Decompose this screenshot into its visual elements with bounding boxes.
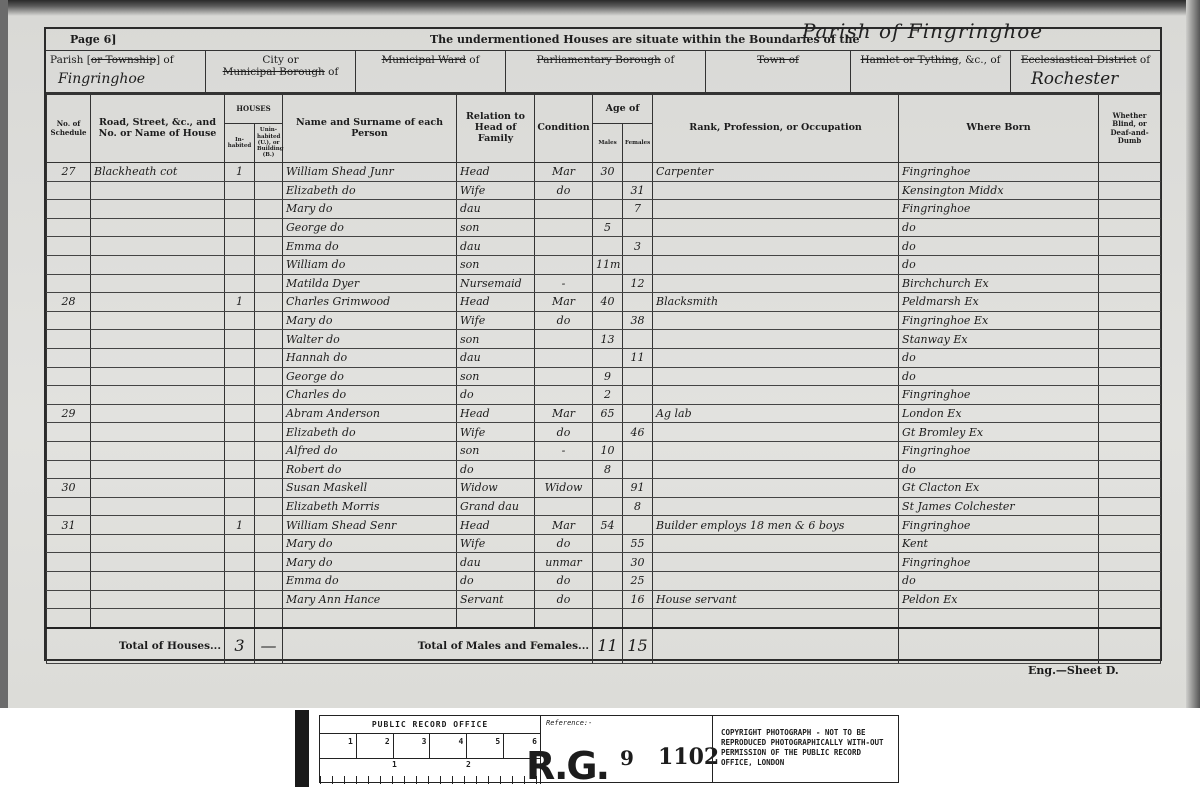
uninhabited-count: [255, 311, 283, 330]
record-office-stamp: PUBLIC RECORD OFFICE 1 2 3 4 5 6 1 2 Ref…: [295, 710, 905, 787]
blind-deaf: [1099, 274, 1161, 293]
female-age: [623, 255, 653, 274]
table-row: 30Susan MaskellWidowWidow91Gt Clacton Ex: [47, 479, 1161, 498]
uninhabited-count: [255, 163, 283, 182]
male-age: [593, 423, 623, 442]
uninhabited-count: [255, 572, 283, 591]
uninhabited-count: [255, 218, 283, 237]
blind-deaf: [1099, 590, 1161, 609]
blind-deaf: [1099, 516, 1161, 535]
total-persons-label: Total of Males and Females...: [283, 628, 593, 664]
table-row: Alfred doson-10Fingringhoe: [47, 441, 1161, 460]
relation: Wife: [457, 311, 535, 330]
area-hamlet: Hamlet or Tything, &c., of: [851, 51, 1011, 92]
table-row: 311William Shead SenrHeadMar54Builder em…: [47, 516, 1161, 535]
female-age: [623, 330, 653, 349]
schedule-number: [47, 237, 91, 256]
person-name: Mary do: [283, 534, 457, 553]
birthplace: St James Colchester: [899, 497, 1099, 516]
birthplace: do: [899, 348, 1099, 367]
table-row: Elizabeth doWifedo46Gt Bromley Ex: [47, 423, 1161, 442]
occupation: [653, 348, 899, 367]
schedule-number: [47, 330, 91, 349]
road-name: [91, 293, 225, 312]
blind-deaf: [1099, 479, 1161, 498]
schedule-number: 30: [47, 479, 91, 498]
schedule-number: [47, 572, 91, 591]
male-age: 9: [593, 367, 623, 386]
inhabited-count: [225, 460, 255, 479]
inhabited-count: 1: [225, 293, 255, 312]
uninhabited-count: [255, 497, 283, 516]
male-age: 40: [593, 293, 623, 312]
female-age: 55: [623, 534, 653, 553]
reference-folio: 1102: [658, 744, 719, 770]
uninhabited-count: [255, 516, 283, 535]
table-row: Mary dodau7Fingringhoe: [47, 200, 1161, 219]
scan-edge-left: [0, 0, 8, 708]
copyright-notice: COPYRIGHT PHOTOGRAPH - NOT TO BE REPRODU…: [712, 716, 900, 782]
person-name: Charles do: [283, 386, 457, 405]
birthplace: do: [899, 572, 1099, 591]
relation: Head: [457, 293, 535, 312]
area-parish: Parish [or Township] of Fingringhoe: [46, 51, 206, 92]
uninhabited-count: [255, 441, 283, 460]
col-occupation: Rank, Profession, or Occupation: [653, 95, 899, 163]
female-age: 46: [623, 423, 653, 442]
relation: dau: [457, 237, 535, 256]
total-females: 15: [623, 628, 653, 664]
condition: Widow: [535, 479, 593, 498]
col-name: Name and Surname of each Person: [283, 95, 457, 163]
relation: Head: [457, 404, 535, 423]
reference-class: R.G.: [526, 744, 608, 787]
occupation: [653, 479, 899, 498]
occupation: [653, 553, 899, 572]
female-age: 3: [623, 237, 653, 256]
person-name: William do: [283, 255, 457, 274]
occupation: [653, 386, 899, 405]
male-age: [593, 479, 623, 498]
road-name: [91, 348, 225, 367]
road-name: [91, 255, 225, 274]
person-name: Walter do: [283, 330, 457, 349]
area-municipal-ward: Municipal Ward of: [356, 51, 506, 92]
occupation: Builder employs 18 men & 6 boys: [653, 516, 899, 535]
inhabited-count: [225, 609, 255, 628]
schedule-number: [47, 423, 91, 442]
col-age: Age of: [593, 95, 653, 124]
condition: unmar: [535, 553, 593, 572]
boundary-value: Parish of Fingringhoe: [802, 19, 1043, 43]
blind-deaf: [1099, 163, 1161, 182]
schedule-number: [47, 590, 91, 609]
uninhabited-count: [255, 460, 283, 479]
female-age: 38: [623, 311, 653, 330]
uninhabited-count: [255, 404, 283, 423]
road-name: [91, 479, 225, 498]
birthplace: do: [899, 367, 1099, 386]
relation: [457, 609, 535, 628]
condition: [535, 367, 593, 386]
occupation: [653, 274, 899, 293]
inhabited-count: 1: [225, 163, 255, 182]
person-name: Susan Maskell: [283, 479, 457, 498]
inhabited-count: [225, 311, 255, 330]
female-age: [623, 163, 653, 182]
relation: do: [457, 572, 535, 591]
relation: do: [457, 460, 535, 479]
relation: dau: [457, 200, 535, 219]
occupation: [653, 534, 899, 553]
road-name: [91, 367, 225, 386]
female-age: [623, 404, 653, 423]
col-uninhabited: Unin-habited (U.), or Building (B.): [255, 124, 283, 163]
female-age: 7: [623, 200, 653, 219]
blind-deaf: [1099, 423, 1161, 442]
female-age: 16: [623, 590, 653, 609]
road-name: [91, 516, 225, 535]
person-name: George do: [283, 218, 457, 237]
birthplace: Fingringhoe: [899, 200, 1099, 219]
schedule-number: [47, 255, 91, 274]
col-blind: Whether Blind, or Deaf-and-Dumb: [1099, 95, 1161, 163]
total-houses-label: Total of Houses...: [47, 628, 225, 664]
occupation: [653, 200, 899, 219]
female-age: [623, 367, 653, 386]
person-name: Emma do: [283, 572, 457, 591]
schedule-number: [47, 311, 91, 330]
road-name: [91, 218, 225, 237]
relation: son: [457, 367, 535, 386]
road-name: [91, 274, 225, 293]
inhabited-count: [225, 237, 255, 256]
occupation: Ag lab: [653, 404, 899, 423]
occupation: [653, 181, 899, 200]
birthplace: Birchchurch Ex: [899, 274, 1099, 293]
column-headers: No. of Schedule Road, Street, &c., and N…: [47, 95, 1161, 124]
census-table: No. of Schedule Road, Street, &c., and N…: [46, 94, 1161, 664]
schedule-number: [47, 218, 91, 237]
condition: do: [535, 534, 593, 553]
birthplace: Fingringhoe Ex: [899, 311, 1099, 330]
birthplace: Fingringhoe: [899, 163, 1099, 182]
parish-value: Fingringhoe: [58, 71, 145, 87]
schedule-number: [47, 348, 91, 367]
condition: do: [535, 181, 593, 200]
person-name: William Shead Junr: [283, 163, 457, 182]
condition: Mar: [535, 163, 593, 182]
occupation: Carpenter: [653, 163, 899, 182]
male-age: [593, 553, 623, 572]
blind-deaf: [1099, 572, 1161, 591]
table-row: [47, 609, 1161, 628]
male-age: [593, 534, 623, 553]
occupation: [653, 441, 899, 460]
male-age: [593, 200, 623, 219]
table-row: Mary Ann HanceServantdo16House servantPe…: [47, 590, 1161, 609]
schedule-number: [47, 460, 91, 479]
table-row: 27Blackheath cot1William Shead JunrHeadM…: [47, 163, 1161, 182]
relation: Nursemaid: [457, 274, 535, 293]
condition: [535, 460, 593, 479]
col-males: Males: [593, 124, 623, 163]
reference-piece: 9: [620, 746, 634, 770]
birthplace: do: [899, 237, 1099, 256]
road-name: [91, 460, 225, 479]
uninhabited-count: [255, 534, 283, 553]
table-row: 281Charles GrimwoodHeadMar40BlacksmithPe…: [47, 293, 1161, 312]
relation: son: [457, 441, 535, 460]
male-age: 65: [593, 404, 623, 423]
relation: Head: [457, 163, 535, 182]
person-name: Hannah do: [283, 348, 457, 367]
measurement-ruler: 1 2: [320, 758, 541, 784]
relation: Wife: [457, 534, 535, 553]
uninhabited-count: [255, 200, 283, 219]
table-row: Mary doWifedo38Fingringhoe Ex: [47, 311, 1161, 330]
schedule-number: [47, 200, 91, 219]
male-age: 54: [593, 516, 623, 535]
occupation: [653, 423, 899, 442]
female-age: [623, 516, 653, 535]
census-form: Page 6] The undermentioned Houses are si…: [44, 27, 1162, 661]
road-name: [91, 590, 225, 609]
inhabited-count: [225, 330, 255, 349]
male-age: [593, 572, 623, 591]
road-name: [91, 237, 225, 256]
person-name: Abram Anderson: [283, 404, 457, 423]
uninhabited-count: [255, 330, 283, 349]
col-born: Where Born: [899, 95, 1099, 163]
person-name: Emma do: [283, 237, 457, 256]
condition: do: [535, 590, 593, 609]
road-name: [91, 497, 225, 516]
form-header: Page 6] The undermentioned Houses are si…: [46, 29, 1160, 51]
reference-label: Reference:-: [546, 719, 592, 727]
total-houses-uninhabited: —: [255, 628, 283, 664]
condition: do: [535, 572, 593, 591]
table-row: Mary doWifedo55Kent: [47, 534, 1161, 553]
sheet-identifier: Eng.—Sheet D.: [1028, 664, 1119, 677]
male-age: [593, 348, 623, 367]
inhabited-count: [225, 348, 255, 367]
table-row: Emma dododo25do: [47, 572, 1161, 591]
person-name: [283, 609, 457, 628]
road-name: [91, 200, 225, 219]
col-relation: Relation to Head of Family: [457, 95, 535, 163]
male-age: 11m: [593, 255, 623, 274]
road-name: [91, 441, 225, 460]
col-females: Females: [623, 124, 653, 163]
road-name: [91, 386, 225, 405]
uninhabited-count: [255, 479, 283, 498]
condition: [535, 497, 593, 516]
birthplace: Peldon Ex: [899, 590, 1099, 609]
female-age: 12: [623, 274, 653, 293]
blind-deaf: [1099, 293, 1161, 312]
uninhabited-count: [255, 274, 283, 293]
schedule-number: [47, 534, 91, 553]
uninhabited-count: [255, 255, 283, 274]
table-row: Elizabeth doWifedo31Kensington Middx: [47, 181, 1161, 200]
uninhabited-count: [255, 293, 283, 312]
table-row: William doson11mdo: [47, 255, 1161, 274]
male-age: [593, 609, 623, 628]
male-age: 13: [593, 330, 623, 349]
table-row: George doson5do: [47, 218, 1161, 237]
relation: dau: [457, 553, 535, 572]
road-name: [91, 534, 225, 553]
female-age: 8: [623, 497, 653, 516]
person-name: Robert do: [283, 460, 457, 479]
person-name: Mary do: [283, 311, 457, 330]
inhabited-count: [225, 423, 255, 442]
relation: Grand dau: [457, 497, 535, 516]
female-age: [623, 460, 653, 479]
blind-deaf: [1099, 534, 1161, 553]
blind-deaf: [1099, 311, 1161, 330]
birthplace: Fingringhoe: [899, 441, 1099, 460]
condition: do: [535, 423, 593, 442]
occupation: [653, 255, 899, 274]
table-row: Walter doson13Stanway Ex: [47, 330, 1161, 349]
inhabited-count: [225, 274, 255, 293]
stamp-box: PUBLIC RECORD OFFICE 1 2 3 4 5 6 1 2 Ref…: [319, 715, 899, 783]
blind-deaf: [1099, 460, 1161, 479]
blind-deaf: [1099, 218, 1161, 237]
birthplace: do: [899, 218, 1099, 237]
road-name: [91, 330, 225, 349]
condition: [535, 237, 593, 256]
table-row: 29Abram AndersonHeadMar65Ag labLondon Ex: [47, 404, 1161, 423]
table-row: Hannah dodau11do: [47, 348, 1161, 367]
person-name: Mary Ann Hance: [283, 590, 457, 609]
road-name: Blackheath cot: [91, 163, 225, 182]
male-age: 8: [593, 460, 623, 479]
condition: [535, 386, 593, 405]
area-city-borough: City orMunicipal Borough of: [206, 51, 356, 92]
col-road: Road, Street, &c., and No. or Name of Ho…: [91, 95, 225, 163]
male-age: 5: [593, 218, 623, 237]
blind-deaf: [1099, 237, 1161, 256]
birthplace: [899, 609, 1099, 628]
condition: do: [535, 311, 593, 330]
schedule-number: [47, 386, 91, 405]
birthplace: Kensington Middx: [899, 181, 1099, 200]
inhabited-count: [225, 497, 255, 516]
female-age: 91: [623, 479, 653, 498]
schedule-number: 27: [47, 163, 91, 182]
total-houses-inhabited: 3: [225, 628, 255, 664]
condition: [535, 348, 593, 367]
female-age: 31: [623, 181, 653, 200]
uninhabited-count: [255, 181, 283, 200]
relation: son: [457, 330, 535, 349]
birthplace: Gt Bromley Ex: [899, 423, 1099, 442]
inhabited-count: [225, 218, 255, 237]
birthplace: Kent: [899, 534, 1099, 553]
inhabited-count: [225, 200, 255, 219]
person-name: Charles Grimwood: [283, 293, 457, 312]
blind-deaf: [1099, 404, 1161, 423]
area-town: Town of: [706, 51, 851, 92]
inhabited-count: [225, 404, 255, 423]
person-name: Alfred do: [283, 441, 457, 460]
condition: [535, 218, 593, 237]
occupation: [653, 218, 899, 237]
schedule-number: 29: [47, 404, 91, 423]
uninhabited-count: [255, 553, 283, 572]
relation: Servant: [457, 590, 535, 609]
schedule-number: [47, 367, 91, 386]
occupation: [653, 311, 899, 330]
birthplace: Fingringhoe: [899, 516, 1099, 535]
condition: -: [535, 274, 593, 293]
schedule-number: [47, 609, 91, 628]
uninhabited-count: [255, 237, 283, 256]
male-age: [593, 311, 623, 330]
occupation: [653, 609, 899, 628]
relation: Head: [457, 516, 535, 535]
relation: son: [457, 255, 535, 274]
birthplace: Gt Clacton Ex: [899, 479, 1099, 498]
blind-deaf: [1099, 330, 1161, 349]
col-houses: HOUSES: [225, 95, 283, 124]
uninhabited-count: [255, 348, 283, 367]
ecclesiastical-value: Rochester: [1031, 69, 1118, 89]
male-age: 30: [593, 163, 623, 182]
male-age: 10: [593, 441, 623, 460]
uninhabited-count: [255, 590, 283, 609]
uninhabited-count: [255, 386, 283, 405]
relation: son: [457, 218, 535, 237]
blind-deaf: [1099, 386, 1161, 405]
relation: do: [457, 386, 535, 405]
male-age: [593, 237, 623, 256]
blind-deaf: [1099, 609, 1161, 628]
total-males: 11: [593, 628, 623, 664]
occupation: House servant: [653, 590, 899, 609]
occupation: Blacksmith: [653, 293, 899, 312]
person-name: George do: [283, 367, 457, 386]
col-schedule: No. of Schedule: [47, 95, 91, 163]
road-name: [91, 572, 225, 591]
inhabited-count: [225, 534, 255, 553]
inhabited-count: [225, 255, 255, 274]
person-name: Elizabeth Morris: [283, 497, 457, 516]
uninhabited-count: [255, 423, 283, 442]
occupation: [653, 237, 899, 256]
inhabited-count: [225, 181, 255, 200]
person-name: Elizabeth do: [283, 181, 457, 200]
condition: [535, 330, 593, 349]
blind-deaf: [1099, 553, 1161, 572]
blind-deaf: [1099, 255, 1161, 274]
page-number: Page 6]: [70, 33, 116, 46]
condition: [535, 255, 593, 274]
occupation: [653, 330, 899, 349]
person-name: William Shead Senr: [283, 516, 457, 535]
birthplace: do: [899, 255, 1099, 274]
table-row: Mary dodauunmar30Fingringhoe: [47, 553, 1161, 572]
uninhabited-count: [255, 367, 283, 386]
blind-deaf: [1099, 441, 1161, 460]
road-name: [91, 311, 225, 330]
inhabited-count: 1: [225, 516, 255, 535]
totals-row: Total of Houses... 3 — Total of Males an…: [47, 628, 1161, 664]
schedule-number: [47, 441, 91, 460]
